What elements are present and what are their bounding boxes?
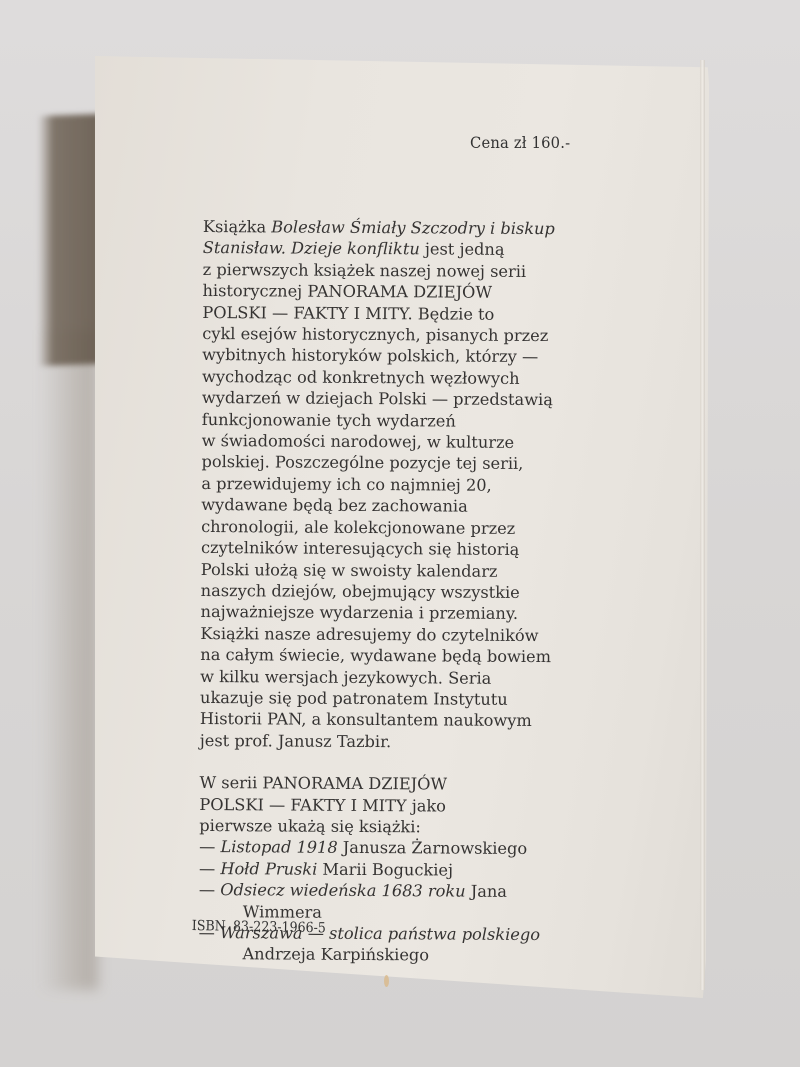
text-line: w kilku wersjach jezykowych. Seria bbox=[200, 666, 620, 690]
text-run: historycznej PANORAMA DZIEJÓW bbox=[202, 281, 492, 302]
text-line: wydawane będą bez zachowania bbox=[201, 494, 621, 518]
text-run: Książka bbox=[203, 217, 271, 236]
text-run: na całym świecie, wydawane będą bowiem bbox=[200, 645, 551, 666]
text-line: w świadomości narodowej, w kulturze bbox=[202, 430, 622, 454]
text-run: chronologii, ale kolekcjonowane przez bbox=[201, 517, 515, 538]
text-line: Książki nasze adresujemy do czytelników bbox=[200, 623, 620, 647]
series-intro-line: W serii PANORAMA DZIEJÓW bbox=[199, 772, 619, 796]
book-title: Hołd Pruski bbox=[220, 859, 317, 879]
dash-bullet: — bbox=[199, 880, 220, 899]
text-line: z pierwszych książek naszej nowej serii bbox=[203, 259, 623, 283]
cover-text: Książka Bolesław Śmiały Szczodry i bisku… bbox=[198, 216, 623, 967]
text-run: a przewidujemy ich co najmniej 20, bbox=[201, 474, 491, 495]
series-intro-line: pierwsze ukażą się książki: bbox=[199, 815, 619, 839]
dash-bullet: — bbox=[199, 859, 220, 878]
text-line: funkcjonowanie tych wydarzeń bbox=[202, 409, 622, 433]
text-line: Historii PAN, a konsultantem naukowym bbox=[200, 708, 620, 732]
text-run: polskiej. Poszczególne pozycje tej serii… bbox=[201, 452, 523, 473]
book-title: Listopad 1918 bbox=[220, 837, 337, 857]
text-line: POLSKI — FAKTY I MITY. Będzie to bbox=[202, 302, 622, 326]
book-soft-shadow bbox=[40, 330, 98, 990]
text-run: wychodząc od konkretnych węzłowych bbox=[202, 367, 520, 388]
series-book-item: — Listopad 1918 Janusza Żarnowskiego bbox=[199, 836, 619, 860]
text-line: Stanisław. Dzieje konfliktu jest jedną bbox=[203, 237, 623, 261]
text-run: funkcjonowanie tych wydarzeń bbox=[202, 410, 456, 431]
text-line: historycznej PANORAMA DZIEJÓW bbox=[202, 280, 622, 304]
text-run: POLSKI — FAKTY I MITY. Będzie to bbox=[202, 303, 494, 324]
text-line: jest prof. Janusz Tazbir. bbox=[200, 730, 620, 754]
text-run: wydarzeń w dziejach Polski — przedstawią bbox=[202, 388, 553, 409]
text-run: naszych dziejów, obejmujący wszystkie bbox=[201, 581, 520, 602]
text-run: czytelników interesujących się historią bbox=[201, 538, 519, 559]
paper-stain bbox=[384, 975, 389, 987]
series-list: W serii PANORAMA DZIEJÓWPOLSKI — FAKTY I… bbox=[198, 772, 619, 967]
text-run: Polski ułożą się w swoisty kalendarz bbox=[201, 559, 498, 580]
book-author: Janusza Żarnowskiego bbox=[338, 838, 528, 858]
italic-title: Stanisław. Dzieje konfliktu bbox=[203, 238, 420, 258]
text-line: chronologii, ale kolekcjonowane przez bbox=[201, 516, 621, 540]
book-author-continuation: Andrzeja Karpińskiego bbox=[198, 943, 618, 967]
series-book-item: — Odsiecz wiedeńska 1683 roku Jana bbox=[199, 879, 619, 903]
isbn-label: ISBN bbox=[192, 918, 226, 935]
text-line: Polski ułożą się w swoisty kalendarz bbox=[201, 558, 621, 582]
isbn: ISBN83-223-1966-5 bbox=[192, 918, 326, 936]
text-line: Książka Bolesław Śmiały Szczodry i bisku… bbox=[203, 216, 623, 240]
text-run: ukazuje się pod patronatem Instytutu bbox=[200, 688, 508, 709]
book-author: Jana bbox=[466, 882, 507, 901]
text-run: cykl esejów historycznych, pisanych prze… bbox=[202, 324, 548, 345]
text-run: w kilku wersjach jezykowych. Seria bbox=[200, 667, 491, 688]
series-book-item: — Hołd Pruski Marii Boguckiej bbox=[199, 858, 619, 882]
text-run: najważniejsze wydarzenia i przemiany. bbox=[201, 602, 519, 623]
italic-title: Bolesław Śmiały Szczodry i biskup bbox=[271, 217, 555, 238]
book-page-edge bbox=[700, 60, 705, 990]
text-line: wybitnych historyków polskich, którzy — bbox=[202, 344, 622, 368]
text-run: Historii PAN, a konsultantem naukowym bbox=[200, 709, 532, 730]
book-title: Odsiecz wiedeńska 1683 roku bbox=[220, 880, 466, 900]
text-run: wydawane będą bez zachowania bbox=[201, 495, 468, 516]
isbn-number: 83-223-1966-5 bbox=[233, 919, 326, 937]
text-run: wybitnych historyków polskich, którzy — bbox=[202, 345, 538, 366]
text-line: na całym świecie, wydawane będą bowiem bbox=[200, 644, 620, 668]
text-line: wychodząc od konkretnych węzłowych bbox=[202, 366, 622, 390]
series-description: Książka Bolesław Śmiały Szczodry i bisku… bbox=[200, 216, 623, 754]
text-line: wydarzeń w dziejach Polski — przedstawią bbox=[202, 387, 622, 411]
text-run: w świadomości narodowej, w kulturze bbox=[202, 431, 515, 452]
text-run: jest prof. Janusz Tazbir. bbox=[200, 731, 392, 751]
text-run: z pierwszych książek naszej nowej serii bbox=[203, 260, 527, 281]
text-line: najważniejsze wydarzenia i przemiany. bbox=[201, 601, 621, 625]
text-run: jest jedną bbox=[420, 240, 505, 260]
text-line: a przewidujemy ich co najmniej 20, bbox=[201, 473, 621, 497]
book-author: Marii Boguckiej bbox=[317, 859, 453, 879]
text-line: ukazuje się pod patronatem Instytutu bbox=[200, 687, 620, 711]
text-run: Książki nasze adresujemy do czytelników bbox=[200, 624, 538, 645]
price-label: Cena zł 160.- bbox=[470, 133, 570, 152]
dash-bullet: — bbox=[199, 837, 220, 856]
text-line: polskiej. Poszczególne pozycje tej serii… bbox=[201, 451, 621, 475]
text-line: czytelników interesujących się historią bbox=[201, 537, 621, 561]
text-line: cykl esejów historycznych, pisanych prze… bbox=[202, 323, 622, 347]
text-line: naszych dziejów, obejmujący wszystkie bbox=[201, 580, 621, 604]
book-shadow bbox=[38, 114, 100, 366]
series-intro-line: POLSKI — FAKTY I MITY jako bbox=[199, 794, 619, 818]
